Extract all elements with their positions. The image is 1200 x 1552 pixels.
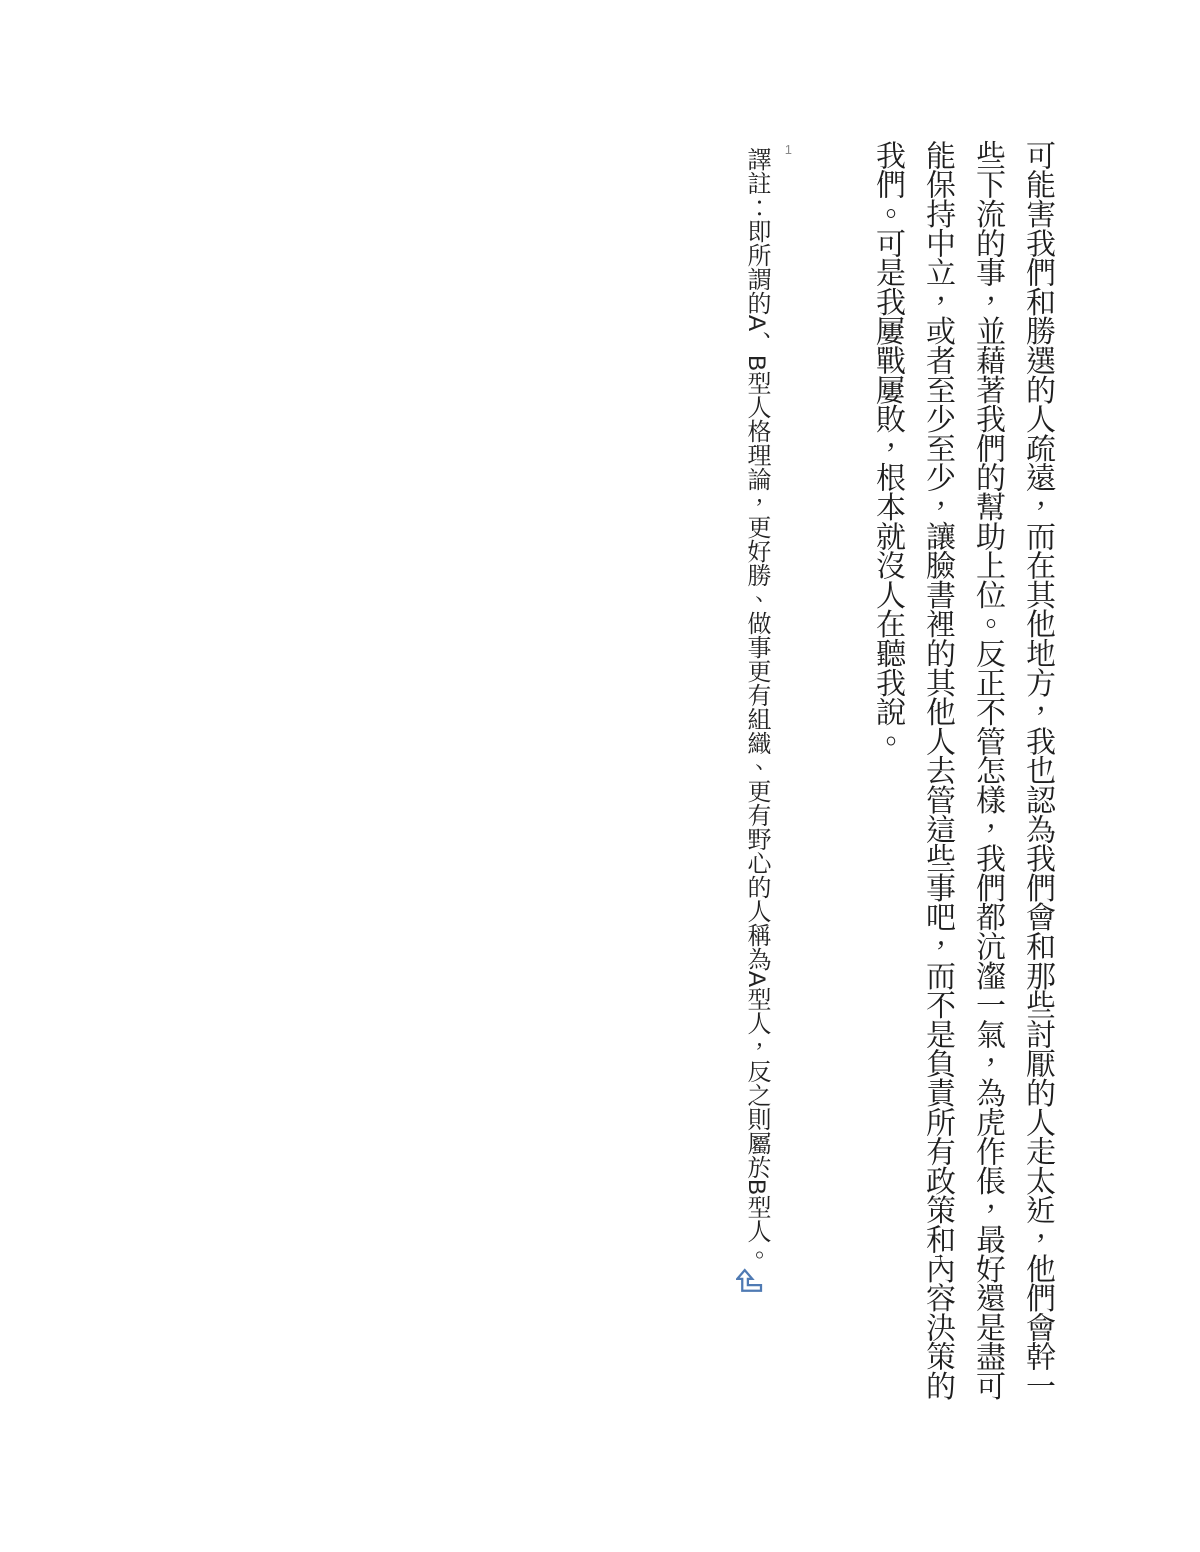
footnote-text: 譯註：即所謂的A、B型人格理論，更好勝、做事更有組織、更有野心的人稱為A型人，反… bbox=[743, 147, 770, 1267]
text-column-4: 我們。可是我屢戰屢敗，根本就沒人在聽我說。 bbox=[862, 140, 912, 1404]
footnote-marker: 1 bbox=[785, 143, 792, 156]
text-column-2: 些下流的事，並藉著我們的幫助上位。反正不管怎樣，我們都沆瀣一氣，為虎作倀，最好還… bbox=[962, 140, 1012, 1404]
footnote: 1 譯註：即所謂的A、B型人格理論，更好勝、做事更有組織、更有野心的人稱為A型人… bbox=[736, 147, 776, 1377]
return-to-text-icon[interactable] bbox=[736, 1267, 766, 1297]
ebook-footnote-page: 可能害我們和勝選的人疏遠，而在其他地方，我也認為我們會和那些討厭的人走太近，他們… bbox=[0, 0, 1200, 1552]
main-paragraph: 可能害我們和勝選的人疏遠，而在其他地方，我也認為我們會和那些討厭的人走太近，他們… bbox=[862, 140, 1062, 1404]
text-column-3: 能保持中立，或者至少至少，讓臉書裡的其他人去管這些事吧，而不是負責所有政策和內容… bbox=[912, 140, 962, 1404]
text-column-1: 可能害我們和勝選的人疏遠，而在其他地方，我也認為我們會和那些討厭的人走太近，他們… bbox=[1012, 140, 1062, 1404]
